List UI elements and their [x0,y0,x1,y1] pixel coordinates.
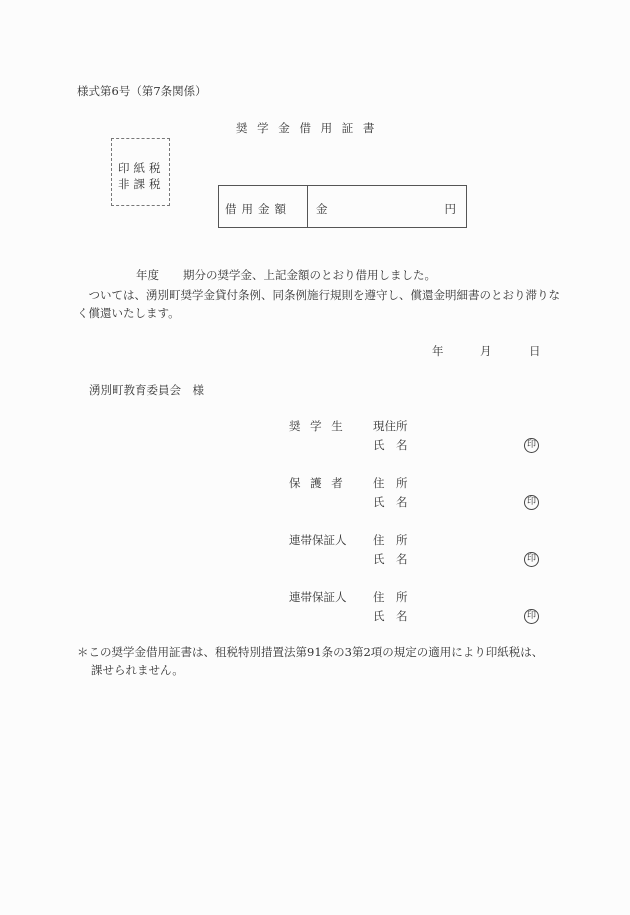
addressee: 湧別町教育委員会 様 [89,385,204,397]
signatory-name-label: 氏 名 [373,497,408,509]
stamp-tax-box: 印紙税 非課税 [111,138,170,206]
signatory-name-label: 氏 名 [373,554,408,566]
seal-icon: 印 [524,552,539,567]
signatory-name-label: 氏 名 [373,440,408,452]
form-number: 様式第6号（第7条関係） [77,86,207,98]
signatory-role: 連帯保証人 [289,535,347,547]
signatory-role: 連帯保証人 [289,592,347,604]
body-line-2: ついては、湧別町奨学金貸付条例、同条例施行規則を遵守し、償還金明細書のとおり滞り… [77,286,567,322]
loan-amount-label: 借用金額 [225,201,291,217]
seal-icon: 印 [524,609,539,624]
table-divider [307,186,308,227]
seal-icon: 印 [524,438,539,453]
footnote-line-1: ＊この奨学金借用証書は、租税特別措置法第91条の3第2項の規定の適用により印紙税… [77,647,543,659]
footnote-line-2: 課せられません。 [91,665,184,677]
date-year: 年 [432,346,444,358]
date-day: 日 [529,346,541,358]
signatory-address-label: 現住所 [373,421,408,433]
loan-amount-table: 借用金額 金 円 [218,185,467,228]
signatory-address-label: 住 所 [373,535,408,547]
stamp-box-line-2: 非課税 [118,176,165,192]
signatory-name-label: 氏 名 [373,611,408,623]
document-title: 奨 学 金 借 用 証 書 [236,123,377,135]
body-line-1: 期分の奨学金、上記金額のとおり借用しました。 [183,270,436,282]
body-year-label: 年度 [136,270,159,282]
signatory-role: 保 護 者 [289,478,346,490]
signatory-role: 奨 学 生 [289,421,346,433]
seal-icon: 印 [524,495,539,510]
amount-prefix: 金 [316,201,328,217]
date-month: 月 [480,346,492,358]
signatory-address-label: 住 所 [373,592,408,604]
signatory-address-label: 住 所 [373,478,408,490]
stamp-box-line-1: 印紙税 [118,160,165,176]
amount-unit: 円 [445,201,457,217]
